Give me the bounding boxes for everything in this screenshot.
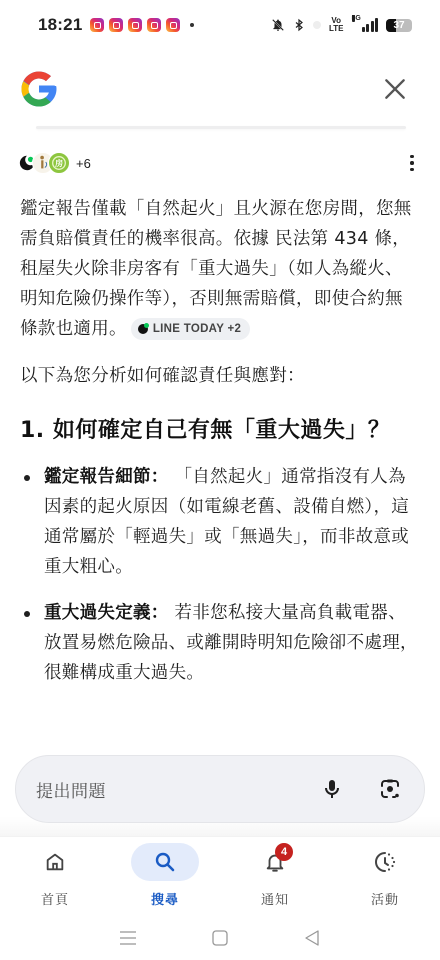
nav-label-notifications: 通知 bbox=[261, 889, 289, 908]
volte-bottom: LTE bbox=[329, 25, 344, 33]
source-avatar-3[interactable]: 房 bbox=[48, 152, 70, 174]
lens-search-button[interactable] bbox=[378, 777, 402, 801]
bullet-item: 鑑定報告細節： 「自然起火」通常指沒有人為因素的起火原因（如電線老舊、設備自燃）… bbox=[20, 462, 420, 582]
more-notifications-dot bbox=[190, 23, 194, 27]
close-icon bbox=[382, 76, 408, 102]
system-navigation-bar bbox=[0, 916, 440, 960]
volte-icon: Vo LTE bbox=[329, 17, 344, 33]
instagram-icon bbox=[147, 18, 161, 32]
menu-lines-icon bbox=[119, 930, 137, 946]
back-button[interactable] bbox=[302, 928, 322, 948]
instagram-icon bbox=[128, 18, 142, 32]
sources-row: 房 +6 bbox=[16, 148, 424, 178]
recent-apps-button[interactable] bbox=[118, 928, 138, 948]
nav-label-search: 搜尋 bbox=[151, 889, 179, 908]
nav-item-home[interactable]: 首頁 bbox=[0, 837, 110, 916]
bullet-title: 鑑定報告細節： bbox=[44, 467, 169, 487]
nav-label-activity: 活動 bbox=[371, 889, 399, 908]
bottom-navigation: 首頁 搜尋 4 通知 活動 bbox=[0, 836, 440, 916]
answer-paragraph-1: 鑑定報告僅載「自然起火」且火源在您房間，您無需負賠償責任的機率很高。依據 民法第… bbox=[20, 194, 420, 344]
sources-more-count[interactable]: +6 bbox=[76, 156, 91, 171]
source-chip-label: LINE TODAY +2 bbox=[153, 314, 241, 344]
network-type: 5G bbox=[352, 15, 355, 22]
status-icons: Vo LTE 5G 37 bbox=[271, 17, 412, 33]
svg-text:房: 房 bbox=[54, 158, 63, 168]
voice-search-button[interactable] bbox=[320, 777, 344, 801]
close-button[interactable] bbox=[382, 76, 408, 102]
square-icon bbox=[212, 930, 228, 946]
header-divider bbox=[36, 126, 406, 129]
green-badge-logo-icon: 房 bbox=[50, 154, 68, 172]
google-lens-icon bbox=[378, 777, 402, 801]
source-avatars[interactable]: 房 bbox=[16, 152, 64, 174]
location-dot-icon bbox=[313, 21, 321, 29]
answer-paragraph-2: 以下為您分析如何確認責任與應對： bbox=[20, 362, 420, 390]
line-today-chip-icon bbox=[138, 324, 148, 334]
home-system-button[interactable] bbox=[210, 928, 230, 948]
home-icon bbox=[44, 851, 66, 873]
ask-input[interactable]: 提出問題 bbox=[15, 755, 425, 823]
5g-signal-icon: 5G bbox=[352, 18, 379, 32]
notification-badge: 4 bbox=[275, 843, 293, 861]
mute-icon bbox=[271, 18, 285, 32]
bullet-title: 重大過失定義： bbox=[44, 603, 169, 623]
bluetooth-icon bbox=[293, 18, 305, 32]
header bbox=[0, 62, 440, 122]
instagram-icon bbox=[90, 18, 104, 32]
bullet-list: 鑑定報告細節： 「自然起火」通常指沒有人為因素的起火原因（如電線老舊、設備自燃）… bbox=[20, 462, 420, 688]
nav-item-activity[interactable]: 活動 bbox=[330, 837, 440, 916]
ask-area: 提出問題 bbox=[0, 740, 440, 836]
activity-icon bbox=[373, 850, 397, 874]
nav-item-notifications[interactable]: 4 通知 bbox=[220, 837, 330, 916]
source-chip-line-today[interactable]: LINE TODAY +2 bbox=[131, 318, 250, 340]
battery-icon: 37 bbox=[386, 19, 412, 32]
nav-label-home: 首頁 bbox=[41, 889, 69, 908]
microphone-icon bbox=[320, 777, 344, 801]
nav-item-search[interactable]: 搜尋 bbox=[110, 837, 220, 916]
search-icon bbox=[153, 850, 177, 874]
instagram-icon bbox=[109, 18, 123, 32]
notification-icons bbox=[90, 18, 180, 32]
ask-placeholder: 提出問題 bbox=[36, 777, 106, 802]
battery-level: 37 bbox=[393, 20, 404, 31]
back-triangle-icon bbox=[304, 930, 320, 946]
status-bar: 18:21 Vo LTE 5G 37 bbox=[0, 0, 440, 50]
section-heading-1: 1. 如何確定自己有無「重大過失」？ bbox=[20, 414, 420, 448]
ask-actions bbox=[320, 777, 402, 801]
google-logo-icon bbox=[18, 68, 60, 110]
more-options-button[interactable] bbox=[406, 152, 418, 174]
instagram-icon bbox=[166, 18, 180, 32]
status-time: 18:21 bbox=[38, 15, 82, 35]
bullet-item: 重大過失定義： 若非您私接大量高負載電器、放置易燃危險品、或離開時明知危險卻不處… bbox=[20, 598, 420, 688]
ai-answer-content: 鑑定報告僅載「自然起火」且火源在您房間，您無需負賠償責任的機率很高。依據 民法第… bbox=[20, 194, 420, 736]
